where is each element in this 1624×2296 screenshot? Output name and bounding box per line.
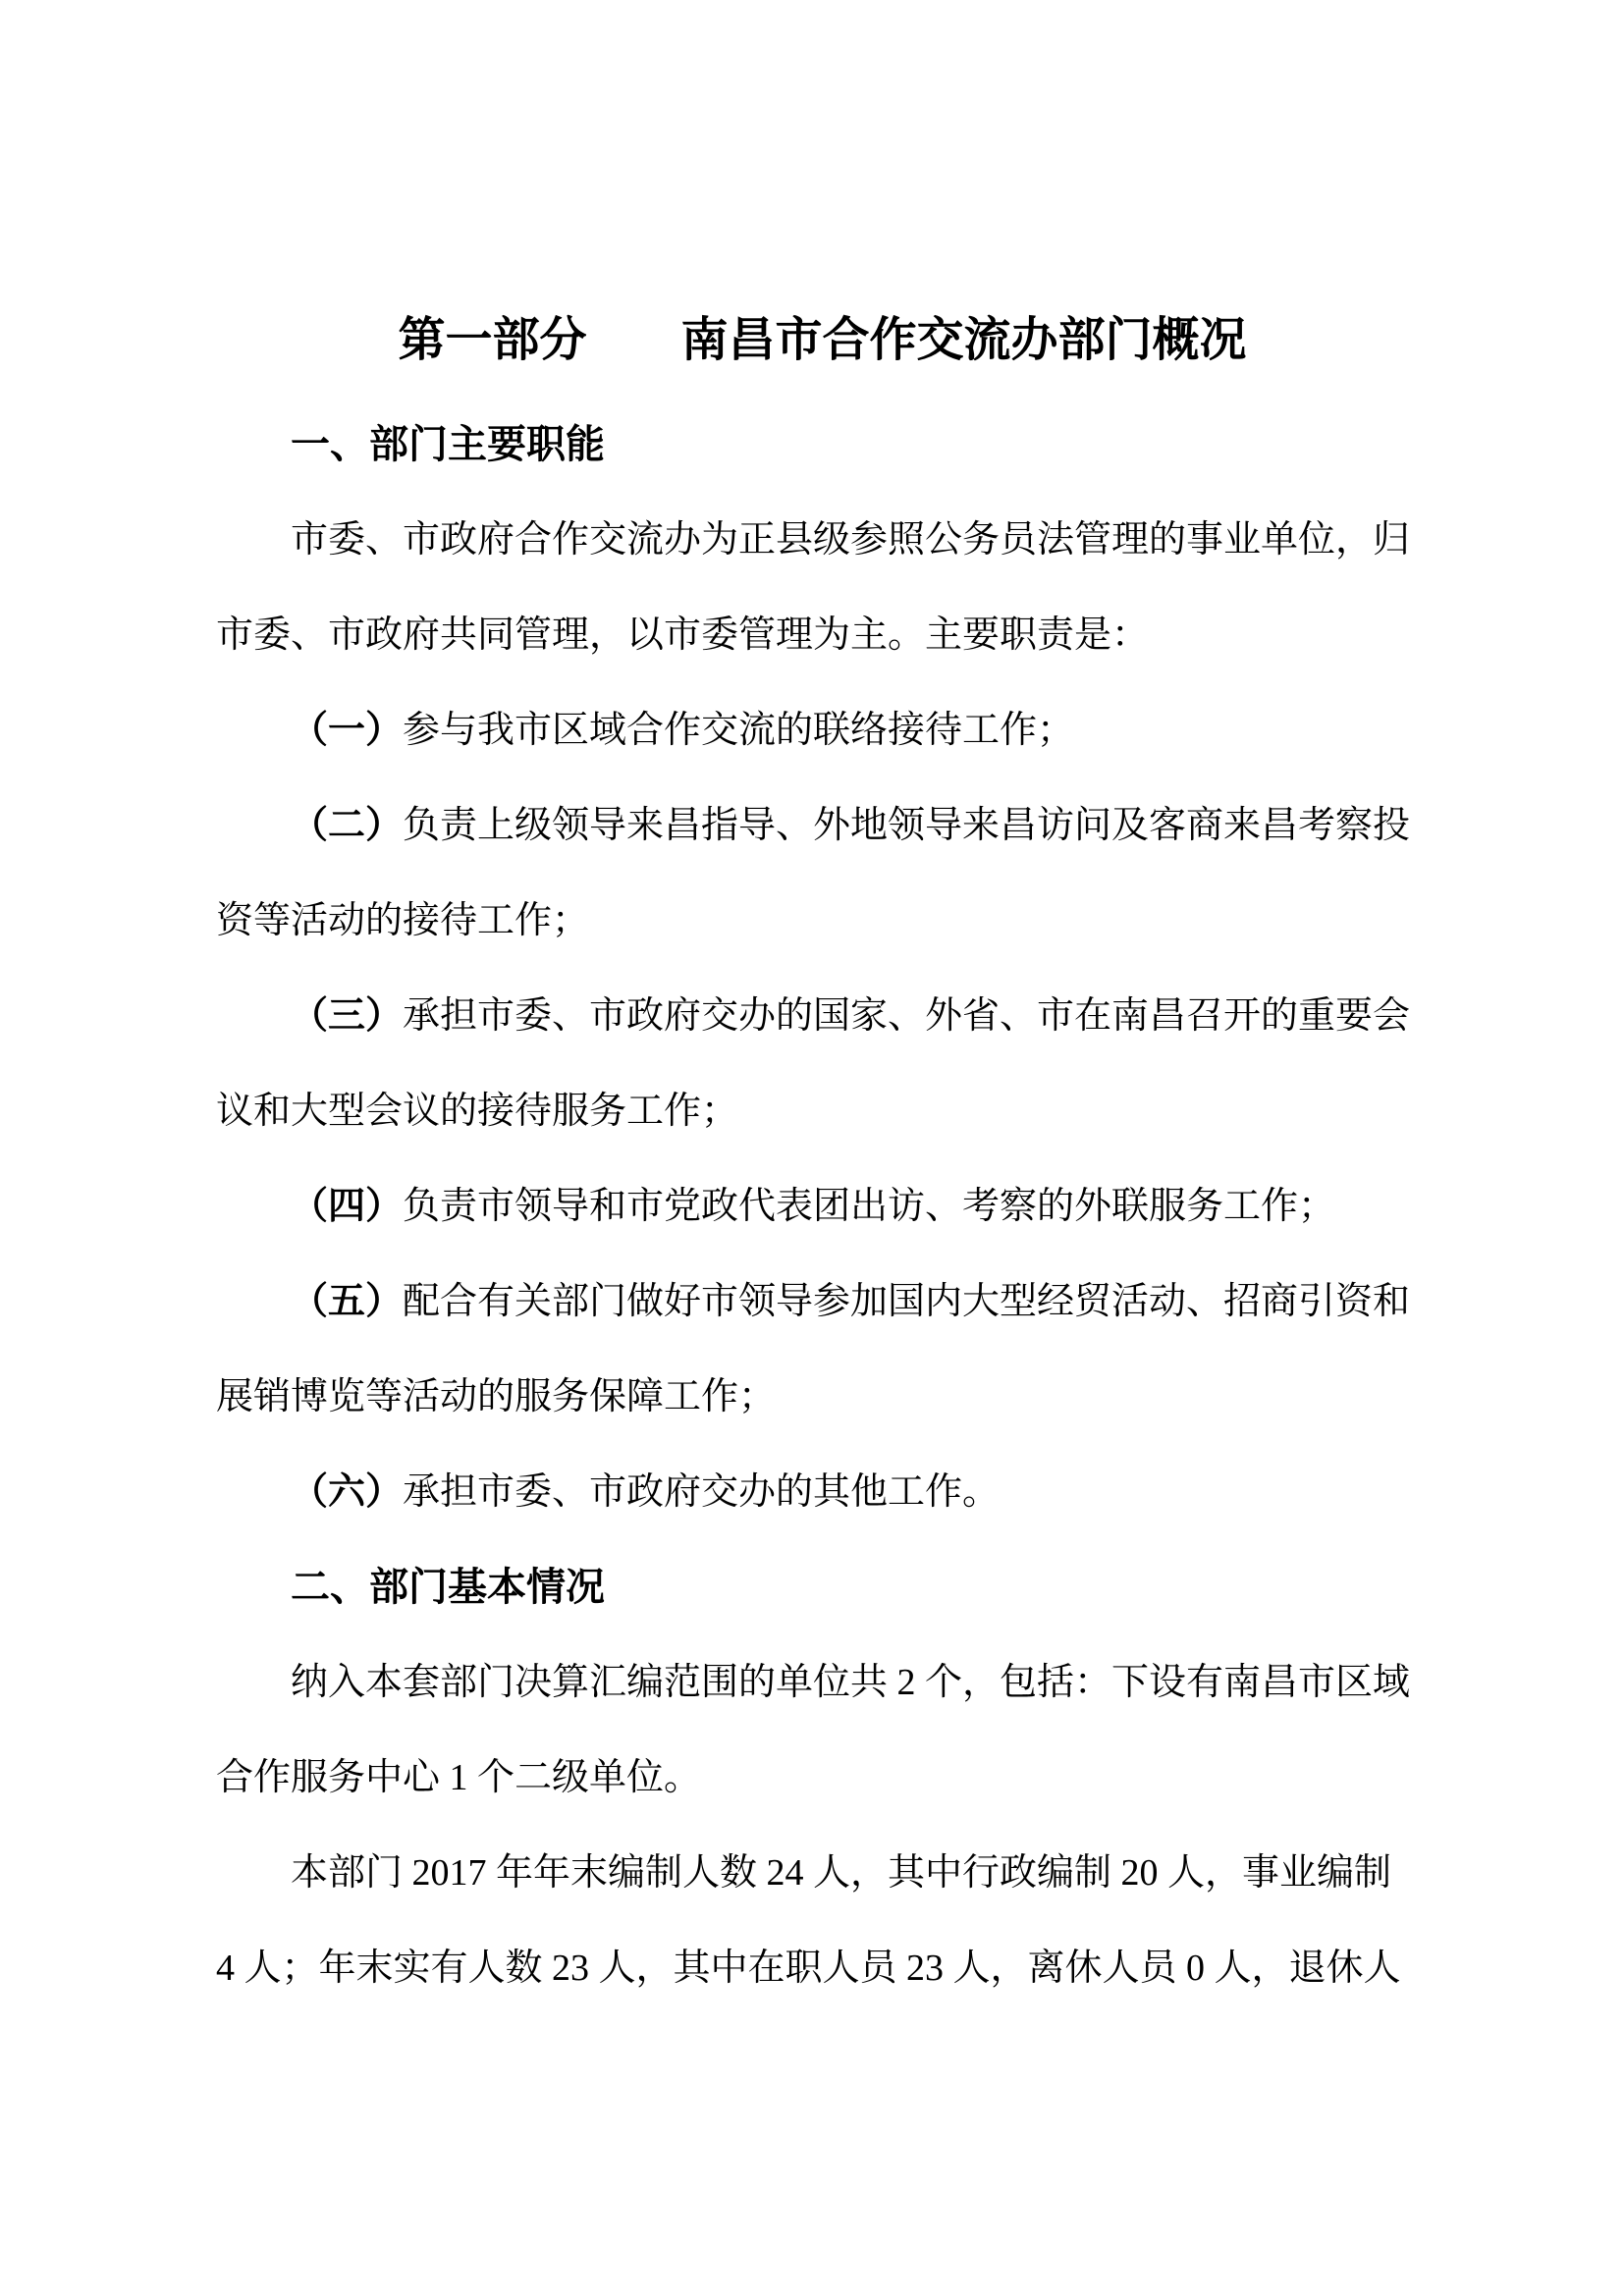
paragraph-line: 本部门 2017 年年末编制人数 24 人，其中行政编制 20 人，事业编制 — [216, 1826, 1429, 1921]
section-heading: 一、部门主要职能 — [216, 398, 1429, 493]
paragraph-line: 议和大型会议的接待服务工作； — [216, 1064, 1429, 1159]
paragraph-line: 资等活动的接待工作； — [216, 874, 1429, 969]
item-number-label: （三） — [291, 995, 403, 1037]
paragraph-line: （五）配合有关部门做好市领导参加国内大型经贸活动、招商引资和 — [216, 1255, 1429, 1350]
paragraph-line: （一）参与我市区域合作交流的联络接待工作； — [216, 683, 1429, 778]
document-page: 第一部分 南昌市合作交流办部门概况 一、部门主要职能市委、市政府合作交流办为正县… — [0, 0, 1624, 2296]
item-number-label: （四） — [291, 1186, 403, 1227]
item-number-label: （一） — [291, 710, 403, 751]
paragraph-line: 市委、市政府共同管理，以市委管理为主。主要职责是： — [216, 588, 1429, 683]
paragraph-line: 合作服务中心 1 个二级单位。 — [216, 1731, 1429, 1826]
item-number-label: （二） — [291, 805, 403, 846]
paragraph-line: （六）承担市委、市政府交办的其他工作。 — [216, 1445, 1429, 1540]
document-body: 一、部门主要职能市委、市政府合作交流办为正县级参照公务员法管理的事业单位，归市委… — [216, 398, 1429, 2016]
paragraph-line: 展销博览等活动的服务保障工作； — [216, 1350, 1429, 1445]
paragraph-text: 负责市领导和市党政代表团出访、考察的外联服务工作； — [403, 1186, 1335, 1227]
paragraph-text: 承担市委、市政府交办的其他工作。 — [403, 1471, 1000, 1513]
paragraph-line: （二）负责上级领导来昌指导、外地领导来昌访问及客商来昌考察投 — [216, 778, 1429, 874]
document-title: 第一部分 南昌市合作交流办部门概况 — [216, 0, 1429, 368]
paragraph-line: 纳入本套部门决算汇编范围的单位共 2 个，包括：下设有南昌市区域 — [216, 1635, 1429, 1731]
paragraph-text: 承担市委、市政府交办的国家、外省、市在南昌召开的重要会 — [403, 995, 1410, 1037]
item-number-label: （六） — [291, 1471, 403, 1513]
paragraph-text: 参与我市区域合作交流的联络接待工作； — [403, 710, 1074, 751]
paragraph-text: 负责上级领导来昌指导、外地领导来昌访问及客商来昌考察投 — [403, 805, 1410, 846]
paragraph-line: （四）负责市领导和市党政代表团出访、考察的外联服务工作； — [216, 1159, 1429, 1255]
paragraph-line: 4 人；年末实有人数 23 人，其中在职人员 23 人，离休人员 0 人，退休人 — [216, 1921, 1429, 2016]
paragraph-text: 配合有关部门做好市领导参加国内大型经贸活动、招商引资和 — [403, 1281, 1410, 1322]
section-heading: 二、部门基本情况 — [216, 1540, 1429, 1635]
paragraph-line: 市委、市政府合作交流办为正县级参照公务员法管理的事业单位，归 — [216, 493, 1429, 588]
paragraph-line: （三）承担市委、市政府交办的国家、外省、市在南昌召开的重要会 — [216, 969, 1429, 1064]
item-number-label: （五） — [291, 1281, 403, 1322]
